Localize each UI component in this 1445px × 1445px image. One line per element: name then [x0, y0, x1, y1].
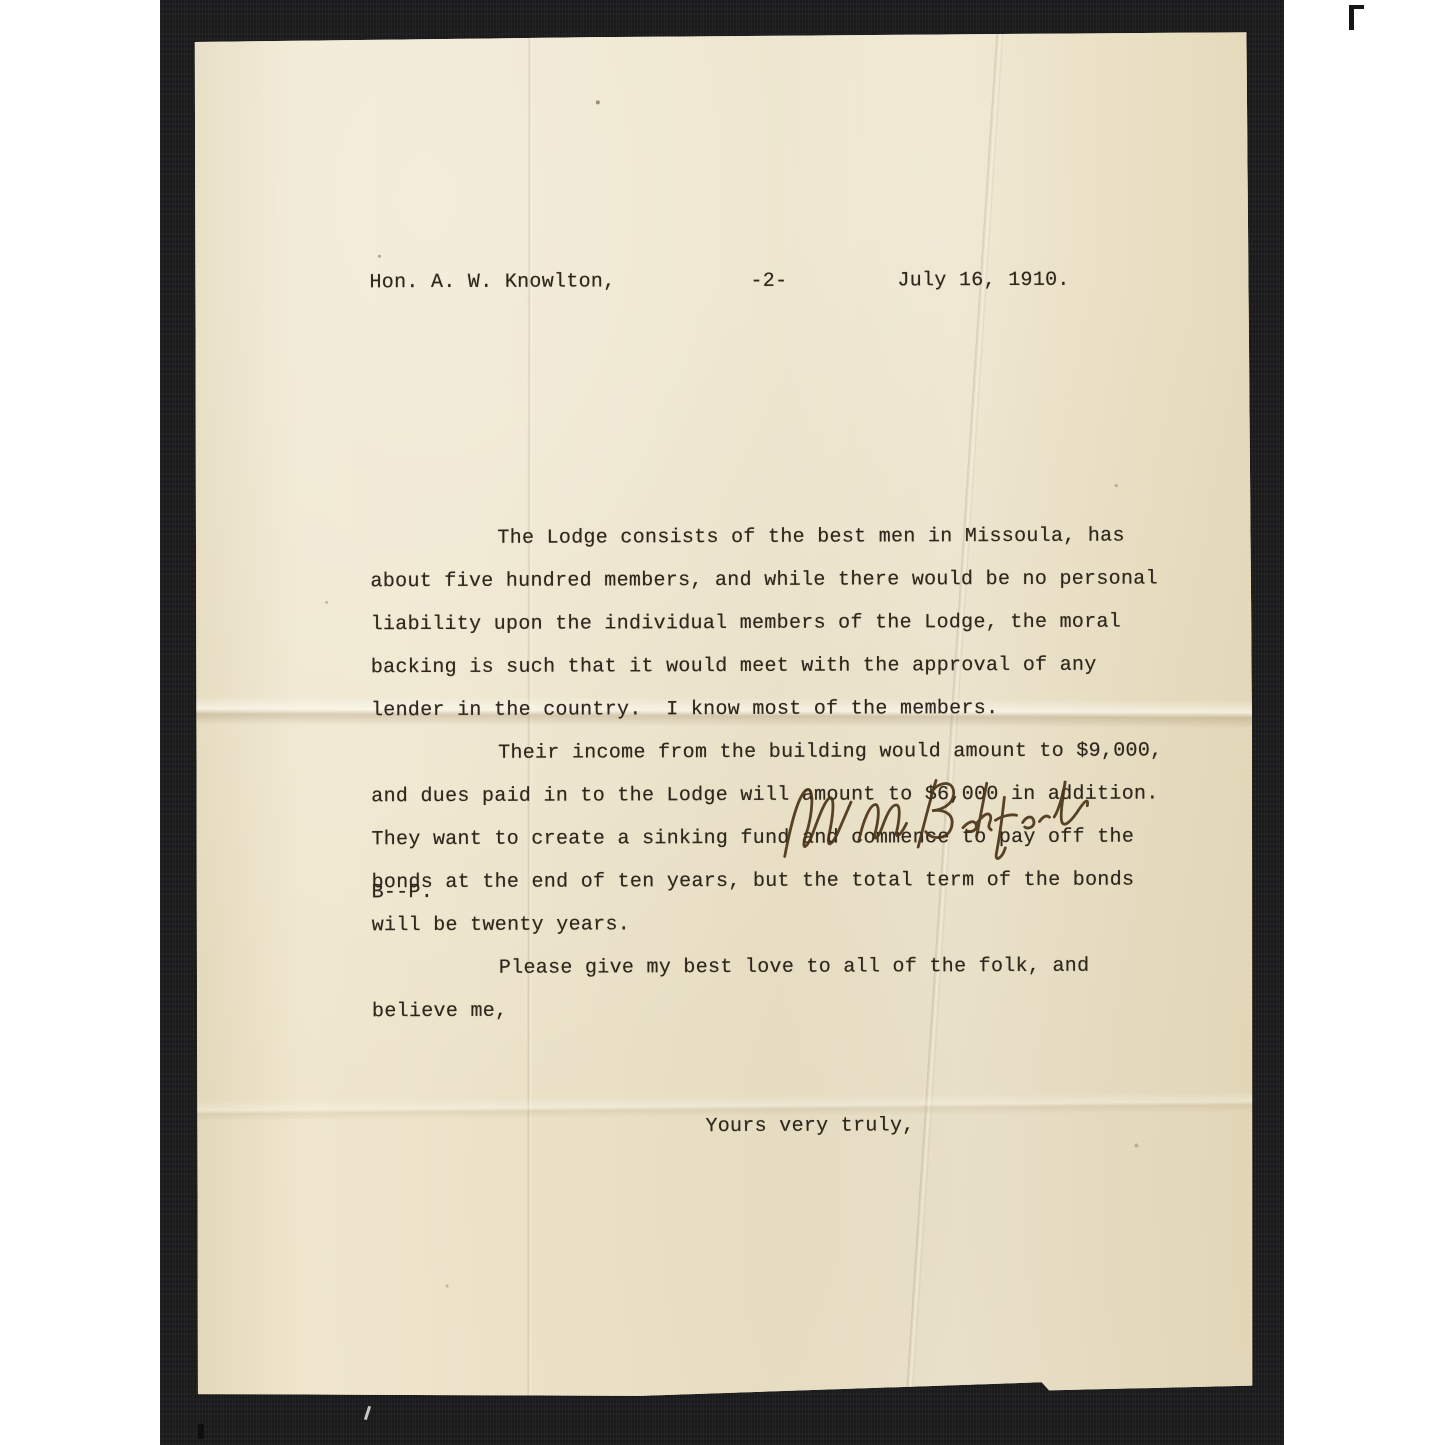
letter-line: backing is such that it would meet with …	[371, 643, 1211, 689]
signature-handwriting	[775, 760, 1098, 881]
mat-board: Hon. A. W. Knowlton, -2- July 16, 1910. …	[160, 0, 1284, 1445]
typist-notation: B--P.	[372, 881, 434, 904]
letter-line: will be twenty years.	[372, 901, 1212, 947]
age-spots	[192, 36, 194, 38]
photo-artifact-bottom-left	[198, 1424, 204, 1439]
letter-text-block: Hon. A. W. Knowlton, -2- July 16, 1910. …	[369, 172, 1213, 1235]
letter-line: The Lodge consists of the best men in Mi…	[370, 514, 1210, 560]
letter-line: believe me,	[372, 987, 1212, 1033]
letter-date: July 16, 1910.	[897, 259, 1069, 303]
signature-stroke-ic	[963, 821, 977, 831]
mat-scuff-mark	[364, 1406, 371, 1420]
letter-line: liability upon the individual members of…	[371, 600, 1211, 646]
letter-paper: Hon. A. W. Knowlton, -2- July 16, 1910. …	[192, 32, 1255, 1399]
signature-stroke-ord-flourish	[1020, 780, 1088, 829]
recipient-line: Hon. A. W. Knowlton,	[369, 260, 615, 304]
photo-artifact-top-right-2	[1349, 5, 1364, 9]
signature-stroke-f	[993, 797, 1019, 859]
signature-stroke-M	[857, 803, 908, 841]
letter-line: lender in the country. I know most of th…	[371, 686, 1211, 732]
header-gap	[370, 387, 1210, 431]
letter-header: Hon. A. W. Knowlton, -2- July 16, 1910.	[369, 258, 1209, 304]
signature-stroke-W	[781, 787, 854, 856]
closing-line: Yours very truly,	[372, 1103, 1212, 1149]
letter-line: Please give my best love to all of the f…	[372, 944, 1212, 990]
letter-line: about five hundred members, and while th…	[370, 557, 1210, 603]
page-number: -2-	[750, 260, 787, 303]
